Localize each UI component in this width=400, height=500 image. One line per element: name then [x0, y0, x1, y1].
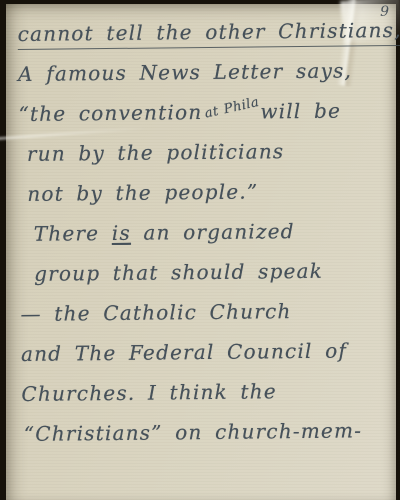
- handwritten-line: not by the people.”: [19, 170, 391, 214]
- handwritten-text: is: [112, 221, 131, 245]
- handwritten-text: will be: [260, 99, 341, 124]
- handwritten-text: — the Catholic Church: [20, 299, 291, 326]
- handwritten-line: “Christians” on church-mem-: [22, 410, 394, 454]
- manuscript-page: 9 cannot tell the other Christians,A fam…: [6, 4, 396, 500]
- handwritten-line: “the conventionat Phila‸will be: [18, 90, 390, 134]
- handwritten-text: “Christians” on church-mem-: [24, 418, 363, 446]
- handwritten-line: There is an organized: [20, 210, 392, 254]
- handwritten-text: an organized: [131, 219, 295, 245]
- handwritten-text: Churches. I think the: [21, 379, 277, 406]
- manuscript-lines: cannot tell the other Christians,A famou…: [17, 10, 394, 500]
- handwritten-text: cannot tell the other Christians,: [18, 18, 400, 46]
- handwritten-text: A famous News Letter says,: [18, 58, 352, 85]
- handwritten-line: run by the politicians: [19, 130, 391, 174]
- handwritten-line: A famous News Letter says,: [18, 50, 390, 94]
- handwritten-line: — the Catholic Church: [20, 290, 392, 334]
- inserted-text-label: at Phila: [202, 89, 262, 128]
- inserted-text: at Phila‸: [202, 118, 260, 119]
- handwritten-line: group that should speak: [20, 250, 392, 294]
- handwritten-text: “the convention: [18, 100, 202, 126]
- handwritten-text: not by the people.”: [27, 179, 258, 205]
- handwritten-line: and The Federal Council of: [21, 330, 393, 374]
- handwritten-line: cannot tell the other Christians,: [17, 10, 389, 54]
- handwritten-text: There: [34, 221, 112, 246]
- handwritten-text: run by the politicians: [27, 139, 285, 166]
- handwritten-text: and The Federal Council of: [21, 339, 347, 366]
- handwritten-text: group that should speak: [34, 259, 323, 286]
- handwritten-line: Churches. I think the: [21, 370, 393, 414]
- insertion-caret-icon: ‸: [218, 125, 224, 153]
